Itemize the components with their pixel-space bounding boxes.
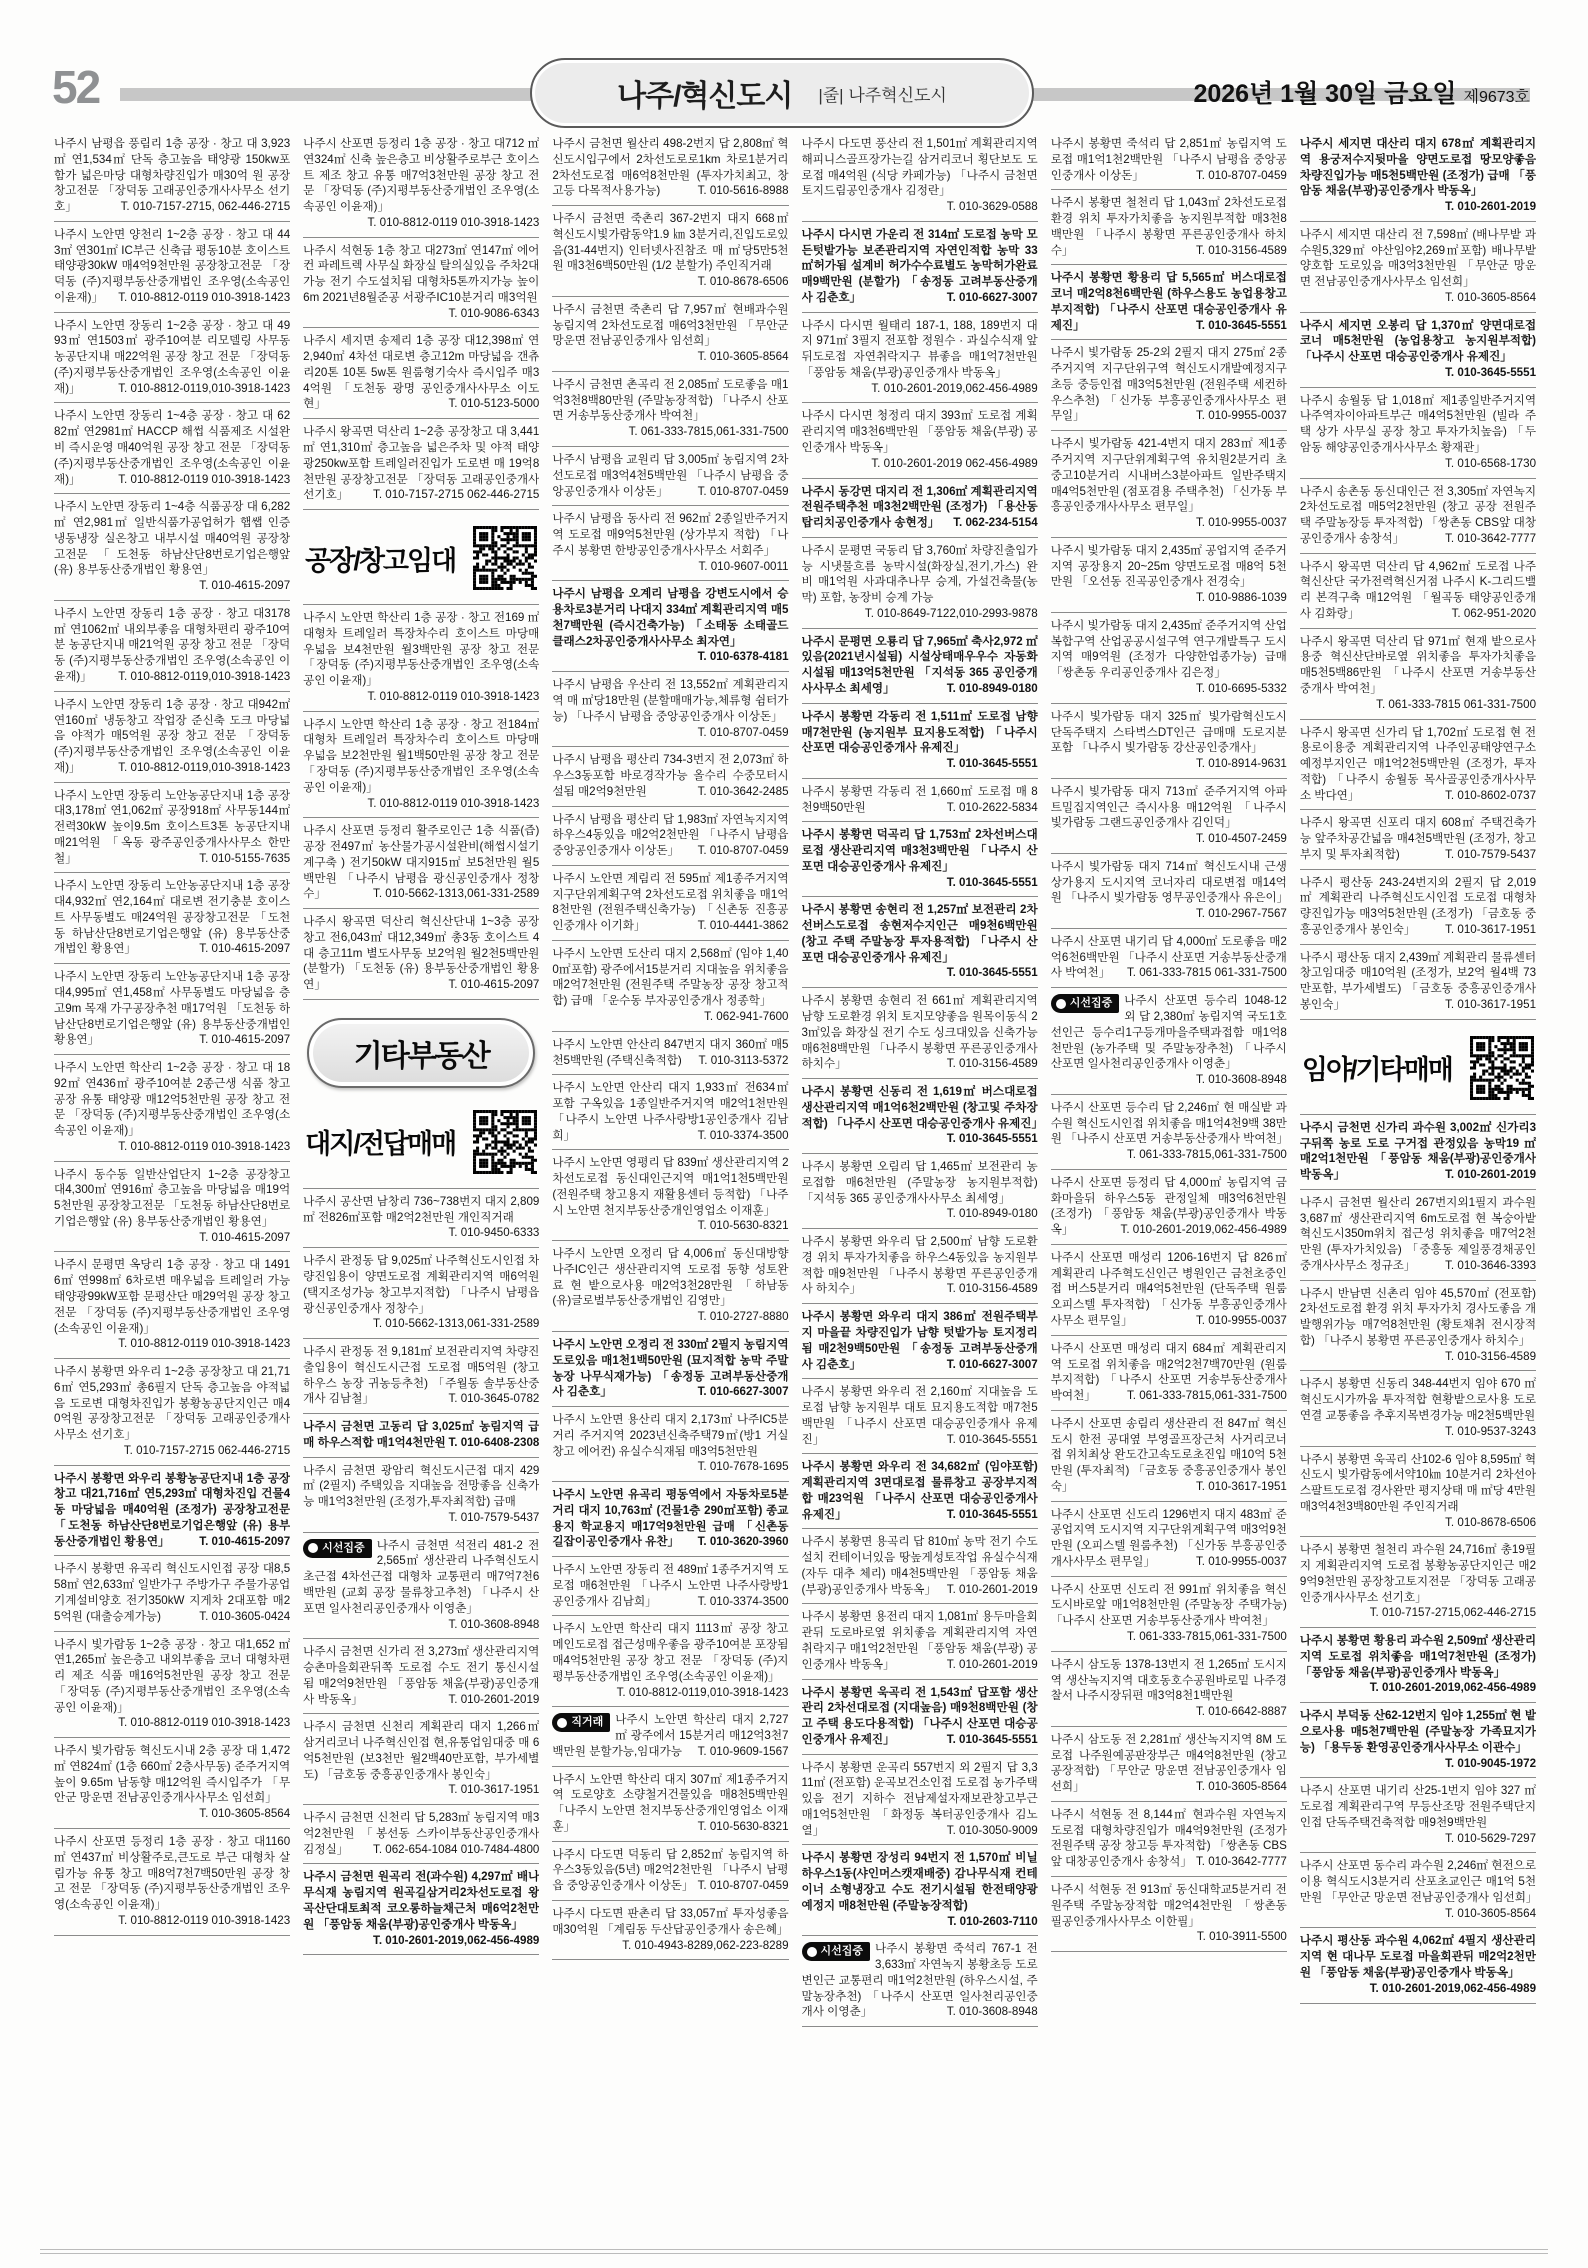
- ad-phone: T. 010-6627-3007: [698, 1384, 789, 1400]
- ad-text: 나주시 금천면 촌곡리 전 2,085㎡ 도로좋음 매1억3천8백80만원 (주…: [552, 378, 788, 423]
- ad-text: 나주시 봉황면 오림리 답 1,465㎡ 보전관리 농로접함 매6천만원 (주말…: [802, 1160, 1038, 1205]
- ad-text: 나주시 삼도동 1378-13번지 전 1,265㎡ 도시지역 생산녹지지역 대…: [1051, 1658, 1287, 1703]
- classified-ad: 나주시 동강면 대지리 전 1,306㎡ 계획관리지역 전원주택추천 매3천2백…: [802, 479, 1038, 538]
- ad-text: 나주시 세지면 대산리 전 7,598㎡ (배나무밭 과수원5,329㎡ 야산임…: [1300, 228, 1536, 288]
- classified-ad: 나주시 산포면 등정리 1층 공장 · 창고 대1160 ㎡ 연437㎡ 비상활…: [54, 1829, 290, 1936]
- ad-phone: T. 010-7678-1695: [698, 1459, 789, 1475]
- ad-phone: T. 010-2601-2019: [1445, 1167, 1536, 1183]
- ad-phone: T. 061-333-7815,061-331-7500: [1127, 1388, 1287, 1404]
- classified-ad: 나주시 금천면 원곡리 전(과수원) 4,297㎡ 배나무식재 농림지역 원곡길…: [303, 1864, 539, 1955]
- ad-text: 나주시 빛가람동 대지 2,435㎡ 공업지역 준주거지역 공장용지 20~25…: [1051, 544, 1287, 589]
- classified-ad: 나주시 송촌동 동신대인근 전 3,305㎡ 자연녹지 2차선도로접 매5억2천…: [1300, 479, 1536, 554]
- classified-ad: 나주시 남평읍 오계리 남평읍 강변도시에서 승용차로3분거리 나대지 334㎡…: [552, 581, 788, 672]
- ad-phone: T. 010-3642-2485: [698, 784, 789, 800]
- ad-text: 나주시 석현동 전 913㎡ 동신대학교5분거리 전원주택 주말농장적합 매2억…: [1051, 1883, 1287, 1928]
- ad-phone: T. 010-8812-0119,010-3918-1423: [118, 669, 290, 685]
- ad-phone: T. 010-3645-5551: [947, 1732, 1038, 1748]
- attention-badge-icon: 시선집중: [303, 1539, 372, 1558]
- classified-ad: 나주시 봉황면 유곡리 혁신도시인접 공장 대8,558㎡ 연2,633㎡ 일반…: [54, 1556, 290, 1631]
- ad-text: 나주시 빛가람동 대지 714㎡ 혁신도시내 근생 상가용지 도시지역 코너자리…: [1051, 860, 1287, 905]
- classified-ad: 나주시 노안면 도산리 대지 2,568㎡ (임야 1,400㎡포함) 광주에서…: [552, 941, 788, 1032]
- classified-ad: 나주시 문평면 오룡리 답 7,965㎡ 축사2,972 ㎡있음(2021년시설…: [802, 629, 1038, 704]
- ad-phone: T. 010-6627-3007: [947, 290, 1038, 306]
- ad-phone: T. 010-3617-1951: [448, 1782, 539, 1798]
- ad-phone: T. 062-654-1084 010-7484-4800: [373, 1842, 539, 1858]
- classified-ad: 나주시 빛가람동 대지 325㎡ 빛가람혁신도시 단독주택지 스타벅스DT인근 …: [1051, 704, 1287, 779]
- classified-ad: 나주시 빛가람동 1~2층 공장 · 창고 대1,652 ㎡ 연1,265㎡ 높…: [54, 1632, 290, 1739]
- classified-ad: 나주시 봉황면 죽석리 답 2,851㎡ 농림지역 도로접 매1억1천2백만원 …: [1051, 136, 1287, 190]
- ad-phone: T. 010-3374-3500: [698, 1128, 789, 1144]
- ad-phone: T. 010-9955-0037: [1196, 408, 1287, 424]
- ad-text: 나주시 왕곡면 덕산리 답 971㎡ 현재 밭으로사용중 혁신산단바로옆 위치좋…: [1300, 635, 1536, 695]
- classified-ad: 나주시 금천면 죽촌리 367-2번지 대지 668㎡ 혁신도시빛가람동약1.9…: [552, 206, 788, 297]
- ad-text: 나주시 공산면 남창리 736~738번지 대지 2,809㎡ 전826㎡포함 …: [303, 1195, 539, 1224]
- ad-phone: T. 010-7157-2715 062-446-2715: [373, 487, 539, 503]
- section-subtitle: |줄| 나주혁신도시: [818, 81, 947, 106]
- classified-ad: 나주시 빛가람동 25-2외 2필지 대지 275㎡ 2종주거지역 지구단위구역…: [1051, 340, 1287, 431]
- ad-phone: T. 010-8812-0119,010-3918-1423: [118, 760, 290, 776]
- section-header-title: 임야/기타매매: [1302, 1048, 1452, 1087]
- classified-ad: 나주시 금천면 고동리 답 3,025㎡ 농림지역 급매 하우스적합 매1억4천…: [303, 1414, 539, 1458]
- classified-ad: 나주시 봉황면 철천리 과수원 24,716㎡ 총19필지 계획관리지역 도로접…: [1300, 1537, 1536, 1628]
- ad-phone: T. 010-2601-2019,062-456-4989: [373, 1933, 539, 1949]
- section-pill-title: 기타부동산: [354, 1031, 489, 1075]
- classified-ad: 나주시 산포면 등정리 활주로인근 1층 식품(즙)공장 전497㎡ 농산물가공…: [303, 818, 539, 909]
- ad-phone: T. 010-9886-1039: [1196, 590, 1287, 606]
- classified-ad: 나주시 봉황면 와우리 전 2,160㎡ 지대높음 도로접 남향 농지원부 대토…: [802, 1379, 1038, 1454]
- classified-ad: 나주시 봉황면 송현리 전 1,257㎡ 보전관리 2차선버스도로접 송현저수지…: [802, 897, 1038, 988]
- ad-phone: T. 010-2601-2019,062-456-4989: [1370, 1981, 1536, 1997]
- classified-ad: 나주시 세지면 오봉리 답 1,370㎡ 양면대로접 코너 매5천만원 (농업용…: [1300, 313, 1536, 388]
- ad-phone: T. 010-3605-8564: [1196, 1779, 1287, 1795]
- ad-text: 나주시 빛가람동 1~2층 공장 · 창고 대1,652 ㎡ 연1,265㎡ 높…: [54, 1638, 290, 1714]
- ad-text: 나주시 빛가람동 대지 2,435㎡ 준주거지역 산업복합구역 산업공공시설구역…: [1051, 619, 1287, 679]
- classified-ad: 나주시 석현동 전 8,144㎡ 현과수원 자연녹지 도로접 대형차량진입가 매…: [1051, 1802, 1287, 1877]
- ad-phone: T. 010-3645-5551: [947, 1131, 1038, 1147]
- classified-ad: 나주시 송월동 답 1,018㎡ 제1종일반주거지역 나주역자이아파트부근 매4…: [1300, 388, 1536, 479]
- ad-text: 나주시 평산동 과수원 4,062㎡ 4필지 생산관리지역 현 대나무 도로접 …: [1300, 1934, 1536, 1979]
- classified-ad: 나주시 다시면 청정리 대지 393㎡ 도로접 계획관리지역 매3천6백만원 「…: [802, 403, 1038, 478]
- classified-ad: 나주시 노안면 학산리 대지 307㎡ 제1종주거지역 도로양호 소량철거건물있…: [552, 1767, 788, 1842]
- classified-ad: 나주시 산포면 매성리 1206-16번지 답 826㎡ 계획관리 나주혁도신인…: [1051, 1245, 1287, 1336]
- ad-text: 나주시 다시면 청정리 대지 393㎡ 도로접 계획관리지역 매3천6백만원 「…: [802, 409, 1038, 454]
- classified-ad: 나주시 세지면 송제리 1층 공장 대12,398㎡ 연2,940㎡ 4차선 대…: [303, 328, 539, 419]
- ad-phone: T. 010-8812-0119 010-3918-1423: [118, 290, 290, 306]
- footer-rule: [40, 2249, 1548, 2254]
- ad-phone: T. 010-3050-9009: [947, 1823, 1038, 1839]
- ad-phone: T. 061-333-7815,061-331-7500: [1127, 1629, 1287, 1645]
- classified-ad: 나주시 봉황면 각동리 전 1,660㎡ 도로접 매 8천9백50만원 T. 0…: [802, 779, 1038, 823]
- ad-phone: T. 010-3608-8948: [947, 2004, 1038, 2020]
- section-title: 나주/혁신도시: [617, 71, 792, 115]
- classified-ad: 나주시 노안면 학산리 1층 공장 · 창고 전169 ㎡ 대형차 트레일러 특…: [303, 605, 539, 712]
- classified-ad: 나주시 노안면 양천리 1~2층 공장 · 창고 대 443㎡ 연301㎡ IC…: [54, 222, 290, 313]
- ad-phone: T. 010-3645-5551: [1445, 365, 1536, 381]
- ad-phone: T. 010-8949-0180: [947, 1206, 1038, 1222]
- ad-text: 나주시 동수동 일반산업단지 1~2층 공장창고 대4,300㎡ 연916㎡ 층…: [54, 1168, 290, 1228]
- masthead: 52 나주/혁신도시 |줄| 나주혁신도시 2026년 1월 30일 금요일 제…: [0, 58, 1588, 132]
- classified-ad: 나주시 노안면 학산리 1층 공장 · 창고 전184㎡ 대형차 트레일러 특장…: [303, 712, 539, 819]
- classified-ad: 나주시 남평읍 우산리 전 13,552㎡ 계획관리지역 매 ㎡당18만원 (분…: [552, 672, 788, 747]
- ad-text: 나주시 빛가람동 대지 325㎡ 빛가람혁신도시 단독주택지 스타벅스DT인근 …: [1051, 710, 1287, 755]
- classified-ad: 나주시 평산동 243-24번지외 2필지 답 2,019 ㎡ 계획관리 나주혁…: [1300, 870, 1536, 945]
- ad-text: 나주시 반남면 신촌리 임야 45,570㎡ (전포함) 2차선도로접 환경 위…: [1300, 1287, 1536, 1347]
- ad-phone: T. 010-7579-5437: [1445, 847, 1536, 863]
- ad-text: 나주시 금천면 광암리 혁신도시근접 대지 429 ㎡ (2필지) 주택있음 지…: [303, 1464, 539, 1509]
- classified-ad: 나주시 노안면 장동리 1~4층 식품공장 대 6,282㎡ 연2,981㎡ 일…: [54, 494, 290, 601]
- ad-text: 나주시 노안면 영평리 답 839㎡ 생산관리지역 2차선도로접 동신대인근지역…: [552, 1156, 788, 1216]
- ad-text: 나주시 다도면 풍산리 전 1,501㎡ 계획관리지역 해피니스골프장가는길 삼…: [802, 137, 1038, 197]
- ad-phone: T. 010-3645-5551: [947, 756, 1038, 772]
- ad-phone: T. 010-6642-8887: [1196, 1704, 1287, 1720]
- classified-ad: 나주시 남평읍 교원리 답 3,005㎡ 농림지역 2차선도로접 매3억4천5백…: [552, 447, 788, 506]
- classified-ad: 나주시 노안면 오정리 전 330㎡ 2필지 농림지역 도로있음 매1천1백50…: [552, 1332, 788, 1407]
- ad-phone: T. 010-2601-2019: [1445, 199, 1536, 215]
- ad-phone: T. 010-8707-0459: [698, 725, 789, 741]
- ad-phone: T. 010-3642-7777: [1196, 1854, 1287, 1870]
- ad-phone: T. 010-3617-1951: [1445, 922, 1536, 938]
- classified-ad: 나주시 산포면 내기리 답 4,000㎡ 도로좋음 매2억6천6백만원 「나주시…: [1051, 929, 1287, 988]
- classified-ad: 나주시 삼도동 1378-13번지 전 1,265㎡ 도시지역 생산녹지지역 대…: [1051, 1652, 1287, 1727]
- classified-ad: 나주시 산포면 신도리 전 991㎡ 위치좋음 혁신도시바로앞 매1억8천만원 …: [1051, 1577, 1287, 1652]
- ad-text: 나주시 봉황면 신동리 전 1,619㎡ 버스대로접 생산관리지역 매1억6천2…: [802, 1085, 1038, 1130]
- classified-ad: 나주시 왕곡면 덕산리 답 4,962㎡ 도로접 나주혁신산단 국가전력혁신거점…: [1300, 554, 1536, 629]
- classified-ad: 나주시 산포면 등정리 답 4,000㎡ 농림지역 금화마을뒤 하우스5동 관정…: [1051, 1170, 1287, 1245]
- classified-ad: 나주시 왕곡면 신가리 답 1,702㎡ 도로접 현 전용로이용중 계획관리지역…: [1300, 720, 1536, 811]
- ad-phone: T. 010-3911-5500: [1197, 1929, 1287, 1945]
- classified-ad: 나주시 노안면 안산리 대지 1,933㎡ 전634㎡ 포함 구옥있음 1종일반…: [552, 1075, 788, 1150]
- ad-phone: T. 061-333-7815 061-331-7500: [1127, 965, 1287, 981]
- ad-text: 나주시 봉황면 각동리 전 1,511㎡ 도로접 남향 매7천만원 (농지원부 …: [802, 710, 1038, 755]
- classified-ad: 나주시 노안면 용산리 대지 2,173㎡ 나주IC5분거리 주거지역 2023…: [552, 1407, 788, 1482]
- ad-phone: T. 010-4615-2097: [199, 578, 290, 594]
- direct-deal-badge-icon: 직거래: [552, 1713, 610, 1732]
- classified-ad: 나주시 다도면 판촌리 답 33,057㎡ 투자성좋음 매30억원 「계림동 두…: [552, 1901, 788, 1960]
- ad-text: 나주시 노안면 도산리 대지 2,568㎡ (임야 1,400㎡포함) 광주에서…: [552, 947, 788, 1007]
- ad-phone: T. 010-4615-2097: [199, 1534, 290, 1550]
- ad-phone: T. 010-9607-0011: [698, 559, 788, 575]
- classified-ad: 나주시 봉황면 덕곡리 답 1,753㎡ 2차선버스대로접 생산관리지역 매3천…: [802, 822, 1038, 897]
- classified-ad: 나주시 노안면 장동리 1~4층 공장 · 창고 대 6282㎡ 연2981㎡ …: [54, 403, 290, 494]
- classified-ad: 나주시 금천면 죽촌리 답 7,957㎡ 현배과수원 농림지역 2차선도로접 매…: [552, 297, 788, 372]
- ad-phone: T. 010-2727-8880: [698, 1309, 789, 1325]
- classified-ad: 나주시 산포면 송림리 생산관리 전 847㎡ 혁신도시 한전 공대옆 부영골프…: [1051, 1411, 1287, 1502]
- ad-phone: T. 010-8812-0119 010-3918-1423: [118, 472, 290, 488]
- ad-text: 나주시 관정동 답 9,025㎡ 나주혁신도시인접 차량진입용이 양면도로접 계…: [303, 1254, 539, 1314]
- ad-text: 나주시 노안면 장동리 1~4층 식품공장 대 6,282㎡ 연2,981㎡ 일…: [54, 500, 290, 576]
- ad-phone: T. 010-2601-2019: [947, 1657, 1038, 1673]
- ad-phone: T. 010-9955-0037: [1196, 515, 1287, 531]
- ad-text: 나주시 봉황면 덕곡리 답 1,753㎡ 2차선버스대로접 생산관리지역 매3천…: [802, 828, 1038, 873]
- section-header-title: 공장/창고임대: [305, 539, 455, 578]
- edition-date: 2026년 1월 30일 금요일 제9673호: [1193, 74, 1530, 110]
- classified-ad: 직거래나주시 노안면 학산리 대지 2,727㎡ 광주에서 15분거리 매12억…: [552, 1707, 788, 1766]
- classified-ad: 나주시 공산면 남창리 736~738번지 대지 2,809㎡ 전826㎡포함 …: [303, 1189, 539, 1248]
- ad-phone: T. 010-9609-1567: [698, 1744, 789, 1760]
- ad-phone: T. 062-234-5154: [953, 515, 1037, 531]
- column-1: 나주시 남평읍 풍림리 1층 공장 · 창고 대 3,923㎡ 연1,534㎡ …: [54, 136, 290, 2222]
- ad-phone: T. 010-2622-5834: [947, 800, 1038, 816]
- ad-phone: T. 061-333-7815,061-331-7500: [629, 424, 789, 440]
- classified-ad: 나주시 빛가람동 대지 713㎡ 준주거지역 아파트밀집지역인근 즉시사용 매1…: [1051, 779, 1287, 854]
- classified-ad: 나주시 봉황면 와우리 1~2층 공장창고 대 21,716㎡ 연5,293㎡ …: [54, 1359, 290, 1466]
- ad-phone: T. 010-8707-0459: [1196, 168, 1287, 184]
- ad-phone: T. 010-3645-5551: [1196, 318, 1287, 334]
- classified-ad: 나주시 노안면 장동리 전 489㎡ 1종주거지역 도로접 매6천만원 「나주시…: [552, 1557, 788, 1616]
- ad-phone: T. 010-3645-5551: [947, 1432, 1038, 1448]
- classified-ad: 나주시 노안면 안산리 847번지 대지 360㎡ 매5천5백만원 (주택신축적…: [552, 1032, 788, 1076]
- ad-phone: T. 010-5629-7297: [1445, 1831, 1536, 1847]
- qr-code-icon: [1470, 1036, 1534, 1100]
- classified-ad: 나주시 왕곡면 덕산리 혁신산단내 1~3층 공장창고 전6,043㎡ 대12,…: [303, 909, 539, 1000]
- classified-ad: 나주시 석현동 전 913㎡ 동신대학교5분거리 전원주택 주말농장적합 매2억…: [1051, 1877, 1287, 1952]
- classified-ad: 나주시 남평읍 평산리 734-3번지 전 2,073㎡ 하우스3동포함 바로경…: [552, 747, 788, 806]
- ad-phone: T. 010-8812-0119 010-3918-1423: [367, 796, 539, 812]
- classified-ad: 나주시 빛가람동 대지 2,435㎡ 준주거지역 산업복합구역 산업공공시설구역…: [1051, 613, 1287, 704]
- ad-text: 나주시 송월동 답 1,018㎡ 제1종일반주거지역 나주역자이아파트부근 매4…: [1300, 394, 1536, 454]
- ad-phone: T. 010-4615-2097: [199, 1230, 290, 1246]
- ad-text: 나주시 산포면 동수리 과수원 2,246㎡ 현전으로이용 혁식도시3분거리 산…: [1300, 1859, 1536, 1904]
- ad-phone: T. 010-8812-0119,010-3918-1423: [617, 1685, 789, 1701]
- classified-ad: 나주시 남평읍 동사리 전 962㎡ 2종일반주거지역 도로접 매9억5천만원 …: [552, 506, 788, 581]
- classified-ad: 나주시 노안면 장동리 1~2층 공장 · 창고 대 4993㎡ 연1503㎡ …: [54, 313, 290, 404]
- classified-ad: 나주시 금천면 촌곡리 전 2,085㎡ 도로좋음 매1억3천8백80만원 (주…: [552, 372, 788, 447]
- ad-phone: T. 010-4615-2097: [199, 941, 290, 957]
- classified-ad: 나주시 다시면 가운리 전 314㎡ 도로접 농막 모든텃밭가능 보존관리지역 …: [802, 222, 1038, 313]
- qr-code-icon: [473, 1110, 537, 1174]
- ad-text: 나주시 남평읍 오계리 남평읍 강변도시에서 승용차로3분거리 나대지 334㎡…: [552, 587, 788, 647]
- badge-dot-icon: [308, 1543, 318, 1553]
- ad-text: 나주시 세지면 오봉리 답 1,370㎡ 양면대로접 코너 매5천만원 (농업용…: [1300, 319, 1536, 364]
- classified-ad: 나주시 세지면 대산리 전 7,598㎡ (배나무밭 과수원5,329㎡ 야산임…: [1300, 222, 1536, 313]
- ad-phone: T. 010-8678-6506: [698, 274, 789, 290]
- classified-ad: 나주시 남평읍 풍림리 1층 공장 · 창고 대 3,923㎡ 연1,534㎡ …: [54, 136, 290, 222]
- section-header: 공장/창고임대: [303, 510, 539, 605]
- classified-ad: 나주시 노안면 유곡리 평동역에서 자동차로5분거리 대지 10,763㎡ (건…: [552, 1482, 788, 1557]
- classified-ad: 나주시 봉황면 신동리 전 1,619㎡ 버스대로접 생산관리지역 매1억6천2…: [802, 1079, 1038, 1154]
- ad-phone: T. 010-8812-0119,010-3918-1423: [118, 381, 290, 397]
- ad-phone: T. 010-3374-3500: [698, 1594, 789, 1610]
- classified-ad: 나주시 금천면 월산리 267번지외1필지 과수원 3,687㎡ 생산관리지역 …: [1300, 1190, 1536, 1281]
- classified-ad: 나주시 금천면 신천리 답 5,283㎡ 농림지역 매3억2천만원 「봉선동 스…: [303, 1805, 539, 1864]
- classified-columns: 나주시 남평읍 풍림리 1층 공장 · 창고 대 3,923㎡ 연1,534㎡ …: [54, 136, 1536, 2222]
- ad-phone: T. 061-333-7815 061-331-7500: [1376, 697, 1536, 713]
- ad-phone: T. 010-8949-0180: [947, 681, 1038, 697]
- ad-text: 나주시 빛가람동 대지 713㎡ 준주거지역 아파트밀집지역인근 즉시사용 매1…: [1051, 785, 1287, 830]
- classified-ad: 나주시 왕곡면 덕산리 1~2층 공장창고 대 3,441㎡ 연1,310㎡ 층…: [303, 419, 539, 510]
- classified-ad: 나주시 노안면 계림리 전 595㎡ 제1종주거지역 지구단위계획구역 2차선도…: [552, 866, 788, 941]
- ad-phone: T. 010-3156-4589: [1196, 243, 1287, 259]
- ad-phone: T. 010-3605-0424: [199, 1609, 290, 1625]
- ad-phone: T. 010-2601-2019 062-456-4989: [871, 456, 1037, 472]
- ad-phone: T. 010-3156-4589: [947, 1056, 1038, 1072]
- ad-text: 나주시 문평면 국동리 답 3,760㎡ 차량진출입가능 시냇물흐름 농막시설(…: [802, 544, 1038, 604]
- classified-ad: 나주시 문평면 국동리 답 3,760㎡ 차량진출입가능 시냇물흐름 농막시설(…: [802, 538, 1038, 629]
- classified-ad: 나주시 왕곡면 신포리 대지 608㎡ 주택건축가능 앞주차공간넓음 매4천5백…: [1300, 810, 1536, 869]
- ad-phone: T. 010-5662-1313,061-331-2589: [373, 1316, 539, 1332]
- classified-ad: 시선집중나주시 금천면 석전리 481-2 전 2,565㎡ 생산관리 나주혁신…: [303, 1533, 539, 1640]
- ad-text: 나주시 산포면 등수리 답 2,246㎡ 현 매실밭 과수원 혁신도시인접 위치…: [1051, 1101, 1287, 1146]
- column-4: 나주시 다도면 풍산리 전 1,501㎡ 계획관리지역 해피니스골프장가는길 삼…: [802, 136, 1038, 2222]
- classified-ad: 나주시 봉황면 운곡리 557번지 외 2필지 답 3,311㎡ (전포함) 운…: [802, 1755, 1038, 1846]
- ad-text: 나주시 봉황면 황용리 과수원 2,509㎡ 생산관리지역 도로접 위치좋음 매…: [1300, 1634, 1536, 1679]
- ad-phone: T. 010-5630-8321: [698, 1819, 789, 1835]
- ad-phone: T. 010-3642-7777: [1445, 531, 1536, 547]
- ad-phone: T. 010-6378-4181: [698, 649, 789, 665]
- issue-number: 제9673호: [1463, 89, 1530, 106]
- ad-phone: T. 010-2601-2019: [947, 1582, 1038, 1598]
- ad-phone: T. 010-2601-2019,062-456-4989: [1370, 1680, 1536, 1696]
- classified-ad: 나주시 봉황면 황용리 답 5,565㎡ 버스대로접 코너 매2억8천6백만원 …: [1051, 265, 1287, 340]
- ad-text: 나주시 빛가람동 혁신도시내 2층 공장 대 1,472㎡ 연824㎡ (1층 …: [54, 1744, 290, 1804]
- ad-phone: T. 010-3605-8564: [1445, 290, 1536, 306]
- ad-phone: T. 010-3608-8948: [1196, 1072, 1287, 1088]
- ad-phone: T. 010-5155-7635: [199, 851, 290, 867]
- section-header-title: 대지/전답매매: [305, 1122, 455, 1161]
- classified-ad: 나주시 다도면 덕동리 답 2,852㎡ 농림지역 하우스3동있음(5년) 매2…: [552, 1842, 788, 1901]
- classified-ad: 나주시 봉황면 용곡리 답 810㎡ 농막 전기 수도설치 컨테이너있음 땅높게…: [802, 1529, 1038, 1604]
- classified-ad: 나주시 빛가람동 421-4번지 대지 283㎡ 제1종주거지역 지구단위계획구…: [1051, 431, 1287, 538]
- ad-text: 나주시 세지면 대산리 대지 678㎡ 계획관리지역 용궁저수지뒷마을 양면도로…: [1300, 137, 1536, 197]
- ad-phone: T. 010-2601-2019,062-456-4989: [871, 381, 1037, 397]
- classified-ad: 나주시 봉황면 와우리 답 2,500㎡ 남향 도로환경 위치 투자가치좋음 하…: [802, 1229, 1038, 1304]
- ad-phone: T. 010-9955-0037: [1196, 1554, 1287, 1570]
- ad-phone: T. 010-3605-8564: [698, 349, 789, 365]
- ad-text: 나주시 봉황면 신동리 348-44번지 임야 670 ㎡ 혁신도시가까움 투자…: [1300, 1377, 1536, 1422]
- classified-ad: 나주시 삼도동 전 2,281㎡ 생산녹지지역 8M 도로접 나주원예공판장부근…: [1051, 1727, 1287, 1802]
- ad-phone: T. 010-3645-5551: [947, 875, 1038, 891]
- ad-phone: T. 010-8678-6506: [1445, 1515, 1536, 1531]
- ad-phone: T. 062-941-7600: [704, 1009, 788, 1025]
- attention-badge-icon: 시선집중: [802, 1942, 871, 1961]
- column-2: 나주시 산포면 등정리 1층 공장 · 창고 대712 ㎡ 연324㎡ 신축 높…: [303, 136, 539, 2222]
- classified-ad: 나주시 봉황면 와우리 전 34,682㎡ (임야포함) 계획관리지역 3면대로…: [802, 1454, 1038, 1529]
- ad-text: 나주시 남평읍 동사리 전 962㎡ 2종일반주거지역 도로접 매9억5천만원 …: [552, 512, 788, 557]
- ad-phone: T. 010-8602-0737: [1445, 788, 1536, 804]
- ad-text: 나주시 노안면 용산리 대지 2,173㎡ 나주IC5분거리 주거지역 2023…: [552, 1413, 788, 1458]
- classified-ad: 나주시 금천면 광암리 혁신도시근접 대지 429 ㎡ (2필지) 주택있음 지…: [303, 1458, 539, 1533]
- badge-dot-icon: [557, 1718, 567, 1728]
- classified-ad: 나주시 봉황면 황용리 과수원 2,509㎡ 생산관리지역 도로접 위치좋음 매…: [1300, 1628, 1536, 1703]
- ad-text: 나주시 봉황면 장성리 94번지 전 1,570㎡ 비닐하우스1동(샤인머스캣재…: [802, 1851, 1038, 1911]
- column-5: 나주시 봉황면 죽석리 답 2,851㎡ 농림지역 도로접 매1억1천2백만원 …: [1051, 136, 1287, 2222]
- ad-phone: T. 010-3156-4589: [1445, 1349, 1536, 1365]
- section-header: 대지/전답매매: [303, 1094, 539, 1189]
- ad-phone: T. 061-333-7815,061-331-7500: [1127, 1147, 1287, 1163]
- ad-phone: T. 010-4615-2097: [199, 1032, 290, 1048]
- classified-ad: 나주시 금천면 신천리 계획관리 대지 1,266㎡ 삼거리코너 나주혁신인접 …: [303, 1714, 539, 1805]
- ad-text: 나주시 봉황면 욱곡리 산102-6 임야 8,595㎡ 혁신도시 빛가람동에서…: [1300, 1453, 1536, 1513]
- ad-phone: T. 010-2603-7110: [947, 1914, 1037, 1930]
- ad-text: 나주시 노안면 학산리 1~2층 공장 · 창고 대 1892㎡ 연436㎡ 광…: [54, 1061, 290, 1137]
- classified-ad: 나주시 노안면 영평리 답 839㎡ 생산관리지역 2차선도로접 동신대인근지역…: [552, 1150, 788, 1241]
- ad-phone: T. 010-7579-5437: [448, 1510, 539, 1526]
- ad-phone: T. 010-3645-5551: [947, 965, 1038, 981]
- ad-phone: T. 010-8812-0119 010-3918-1423: [118, 1913, 290, 1929]
- classified-ad: 나주시 봉황면 장성리 94번지 전 1,570㎡ 비닐하우스1동(샤인머스캣재…: [802, 1845, 1038, 1936]
- classified-ad: 나주시 노안면 장동리 1층 공장 · 창고 대942㎡ 연160㎡ 냉동창고 …: [54, 692, 290, 783]
- ad-phone: T. 010-8812-0119 010-3918-1423: [118, 1139, 290, 1155]
- ad-text: 나주시 금천면 원곡리 전(과수원) 4,297㎡ 배나무식재 농림지역 원곡길…: [303, 1870, 539, 1930]
- ad-phone: T. 010-3113-5372: [698, 1053, 788, 1069]
- ad-phone: T. 010-2601-2019: [448, 1692, 539, 1708]
- classified-ad: 나주시 봉황면 송현리 전 661㎡ 계획관리지역 남향 도로환경 위치 토지모…: [802, 988, 1038, 1079]
- classified-ad: 나주시 봉황면 와우리 봉황농공단지내 1층 공장창고 대21,716㎡ 연5,…: [54, 1466, 290, 1557]
- ad-phone: T. 010-4507-2459: [1196, 831, 1287, 847]
- classified-ad: 나주시 빛가람동 대지 2,435㎡ 공업지역 준주거지역 공장용지 20~25…: [1051, 538, 1287, 613]
- classified-ad: 나주시 산포면 등수리 답 2,246㎡ 현 매실밭 과수원 혁신도시인접 위치…: [1051, 1095, 1287, 1170]
- classified-ad: 나주시 문평면 옥당리 1층 공장 · 창고 대 14916㎡ 연998㎡ 6차…: [54, 1252, 290, 1359]
- ad-text: 나주시 노안면 학산리 대지 1113㎡ 공장 창고 메인도로접 접근성매우좋음…: [552, 1622, 788, 1682]
- classified-ad: 나주시 왕곡면 덕산리 답 971㎡ 현재 밭으로사용중 혁신산단바로옆 위치좋…: [1300, 629, 1536, 720]
- ad-phone: T. 010-9955-0037: [1196, 1313, 1287, 1329]
- ad-text: 나주시 다시면 월태리 187-1, 188, 189번지 대지 971㎡ 3필…: [802, 319, 1038, 379]
- ad-phone: T. 010-8707-0459: [698, 484, 789, 500]
- ad-text: 나주시 남평읍 우산리 전 13,552㎡ 계획관리지역 매 ㎡당18만원 (분…: [552, 678, 788, 723]
- classified-ad: 나주시 노안면 학산리 1~2층 공장 · 창고 대 1892㎡ 연436㎡ 광…: [54, 1055, 290, 1162]
- ad-phone: T. 010-3617-1951: [1196, 1479, 1287, 1495]
- classified-ad: 나주시 금천면 신가리 과수원 3,002㎡ 신가리3구뒤쪽 농로 도로 구거접…: [1300, 1115, 1536, 1190]
- classified-ad: 나주시 다도면 풍산리 전 1,501㎡ 계획관리지역 해피니스골프장가는길 삼…: [802, 136, 1038, 222]
- ad-phone: T. 010-8914-9631: [1196, 756, 1287, 772]
- ad-text: 나주시 산포면 내기리 산25-1번지 임야 327 ㎡ 도로접 계획관리구역 …: [1300, 1784, 1536, 1829]
- ad-text: 나주시 봉황면 송현리 전 1,257㎡ 보전관리 2차선버스도로접 송현저수지…: [802, 903, 1038, 963]
- classified-ad: 시선집중나주시 봉황면 죽석리 767-1 전 3,633㎡ 자연녹지 봉황초등…: [802, 1936, 1038, 2027]
- classified-ad: 나주시 봉황면 용전리 대지 1,081㎡ 용두마을회관뒤 도로바로옆 위치좋음…: [802, 1604, 1038, 1679]
- ad-phone: T. 010-8707-0459: [698, 843, 789, 859]
- classified-ad: 나주시 봉황면 오림리 답 1,465㎡ 보전관리 농로접함 매6천만원 (주말…: [802, 1154, 1038, 1229]
- ad-phone: T. 010-2967-7567: [1196, 906, 1287, 922]
- classified-ad: 나주시 부덕동 산62-12번지 임야 1,255㎡ 현 밭으로사용 매5천7백…: [1300, 1703, 1536, 1778]
- ad-phone: T. 010-8812-0119 010-3918-1423: [118, 1715, 290, 1731]
- ad-text: 나주시 금천면 죽촌리 답 7,957㎡ 현배과수원 농림지역 2차선도로접 매…: [552, 303, 788, 348]
- ad-phone: T. 010-5123-5000: [448, 396, 539, 412]
- classified-ad: 나주시 빛가람동 혁신도시내 2층 공장 대 1,472㎡ 연824㎡ (1층 …: [54, 1738, 290, 1829]
- badge-dot-icon: [807, 1947, 817, 1957]
- ad-text: 나주시 산포면 신도리 전 991㎡ 위치좋음 혁신도시바로앞 매1억8천만원 …: [1051, 1583, 1287, 1628]
- ad-text: 나주시 노안면 오정리 답 4,006㎡ 동신대방향 나주IC인근 생산관리지역…: [552, 1247, 788, 1307]
- ad-text: 나주시 봉황면 와우리 1~2층 공장창고 대 21,716㎡ 연5,293㎡ …: [54, 1365, 290, 1441]
- ad-phone: T. 010-3617-1951: [1445, 997, 1536, 1013]
- classified-ad: 나주시 봉황면 신동리 348-44번지 임야 670 ㎡ 혁신도시가까움 투자…: [1300, 1371, 1536, 1446]
- ad-phone: T. 010-8812-0119 010-3918-1423: [118, 1336, 290, 1352]
- section-pill: 기타부동산: [307, 1018, 535, 1088]
- column-6: 나주시 세지면 대산리 대지 678㎡ 계획관리지역 용궁저수지뒷마을 양면도로…: [1300, 136, 1536, 2222]
- ad-text: 나주시 노안면 학산리 1층 공장 · 창고 전169 ㎡ 대형차 트레일러 특…: [303, 611, 539, 687]
- ad-phone: T. 010-8707-0459: [698, 1878, 789, 1894]
- column-3: 나주시 금천면 월산리 498-2번지 답 2,808㎡ 혁신도시입구에서 2차…: [552, 136, 788, 2222]
- section-title-pill: 나주/혁신도시 |줄| 나주혁신도시: [530, 58, 1034, 128]
- ad-phone: T. 010-6627-3007: [947, 1357, 1038, 1373]
- ad-phone: T. 010-3605-8564: [199, 1806, 290, 1822]
- classified-ad: 나주시 봉황면 각동리 전 1,511㎡ 도로접 남향 매7천만원 (농지원부 …: [802, 704, 1038, 779]
- classified-ad: 나주시 산포면 매성리 대지 684㎡ 계획관리지역 도로접 위치좋음 매2억2…: [1051, 1336, 1287, 1411]
- ad-phone: T. 010-8812-0119 010-3918-1423: [367, 215, 539, 231]
- ad-phone: T. 010-5662-1313,061-331-2589: [373, 886, 539, 902]
- ad-phone: T. 010-9537-3243: [1445, 1424, 1536, 1440]
- ad-phone: T. 010-2601-2019,062-456-4989: [1121, 1222, 1287, 1238]
- classified-ad: 나주시 노안면 장동리 노안농공단지내 1층 공장 대3,178㎡ 연1,062…: [54, 783, 290, 874]
- attention-badge-icon: 시선집중: [1051, 994, 1120, 1013]
- ad-text: 나주시 산포면 등정리 1층 공장 · 창고 대1160 ㎡ 연437㎡ 비상활…: [54, 1835, 290, 1911]
- ad-text: 나주시 노안면 학산리 1층 공장 · 창고 전184㎡ 대형차 트레일러 특장…: [303, 718, 539, 794]
- ad-phone: T. 010-8649-7122,010-2993-9878: [865, 606, 1038, 622]
- classified-ad: 나주시 산포면 등정리 1층 공장 · 창고 대712 ㎡ 연324㎡ 신축 높…: [303, 136, 539, 238]
- classified-ad: 나주시 빛가람동 대지 714㎡ 혁신도시내 근생 상가용지 도시지역 코너자리…: [1051, 854, 1287, 929]
- ad-phone: T. 010-4441-3862: [698, 918, 789, 934]
- ad-phone: T. 010-3645-5551: [947, 1507, 1038, 1523]
- ad-text: 나주시 석현동 1층 창고 대273㎡ 연147㎡ 에어컨 파레트렉 사무실 화…: [303, 244, 539, 304]
